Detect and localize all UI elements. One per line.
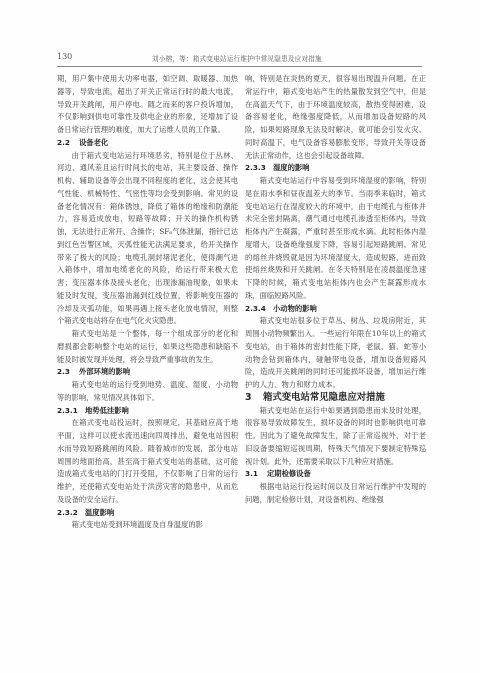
paragraph: 期，用户集中使用大功率电器，如空调、取暖器、加热器等，导致电流，超出了开关正常运…: [57, 73, 238, 137]
section-heading-2-3-2: 2.3.2温度影响: [57, 507, 238, 520]
page-header: 130 刘小榕，等：箱式变电站运行维护中常见隐患及应对措施: [57, 52, 422, 66]
paragraph: 箱式变电站运行中容易受到环境湿度的影响，特别是在雨水季和昼夜温差大的季节。当雨季…: [245, 175, 426, 303]
paragraph: 根据电站运行投运时间以及日常运行维护中发现的问题，制定检修计划，对设备机构、绝缘…: [245, 481, 426, 507]
paragraph: 箱式变电站的运行受到地势、温度、湿度、小动物等的影响，常见情况具体如下。: [57, 379, 238, 405]
section-heading-2-3-4: 2.3.4小动物的影响: [245, 303, 426, 316]
section-heading-2-3-3: 2.3.3湿度的影响: [245, 162, 426, 175]
left-column: 期，用户集中使用大功率电器，如空调、取暖器、加热器等，导致电流，超出了开关正常运…: [57, 73, 238, 532]
section-heading-2-3: 2.3外部环境的影响: [57, 366, 238, 379]
section-heading-2-3-1: 2.3.1地势低洼影响: [57, 405, 238, 418]
section-heading-3: 3箱式变电站常见隐患应对措施: [245, 392, 426, 405]
paragraph: 在箱式变电站投运时，按照规定，其基础应高于地平面，这样可以使水流迅速向四周排出，…: [57, 417, 238, 506]
paragraph: 箱式变电站很多位于草丛、树丛、垃圾房附近，其周围小动物频繁出入。一些运行年限在1…: [245, 315, 426, 392]
paragraph: 箱式变电站受到环境温度及自身温度的影: [57, 519, 238, 532]
page-number: 130: [57, 52, 72, 61]
section-heading-2-2: 2.2设备老化: [57, 137, 238, 150]
paragraph: 箱式变电站在运行中如果遇到隐患而未及时处理，很容易导致故障发生，损坏设备的同时也…: [245, 405, 426, 469]
header-rule: [57, 66, 422, 67]
paragraph: 箱式变电站是一个整体，每一个组成部分的老化和磨损都会影响整个电站的运行，如果这些…: [57, 328, 238, 366]
running-title: 刘小榕，等：箱式变电站运行维护中常见隐患及应对措施: [152, 53, 322, 63]
paragraph: 由于箱式变电站运行环境恶劣，特别是位于丛林、河边、通风差且运行时间长的电站，其主…: [57, 150, 238, 329]
section-heading-3-1: 3.1定期检修设备: [245, 468, 426, 481]
right-column: 响，特别是在炎热的夏天，很容易出现温升问题。在正常运行中，箱式变电站产生的热量散…: [245, 73, 426, 507]
paragraph: 响，特别是在炎热的夏天，很容易出现温升问题。在正常运行中，箱式变电站产生的热量散…: [245, 73, 426, 162]
